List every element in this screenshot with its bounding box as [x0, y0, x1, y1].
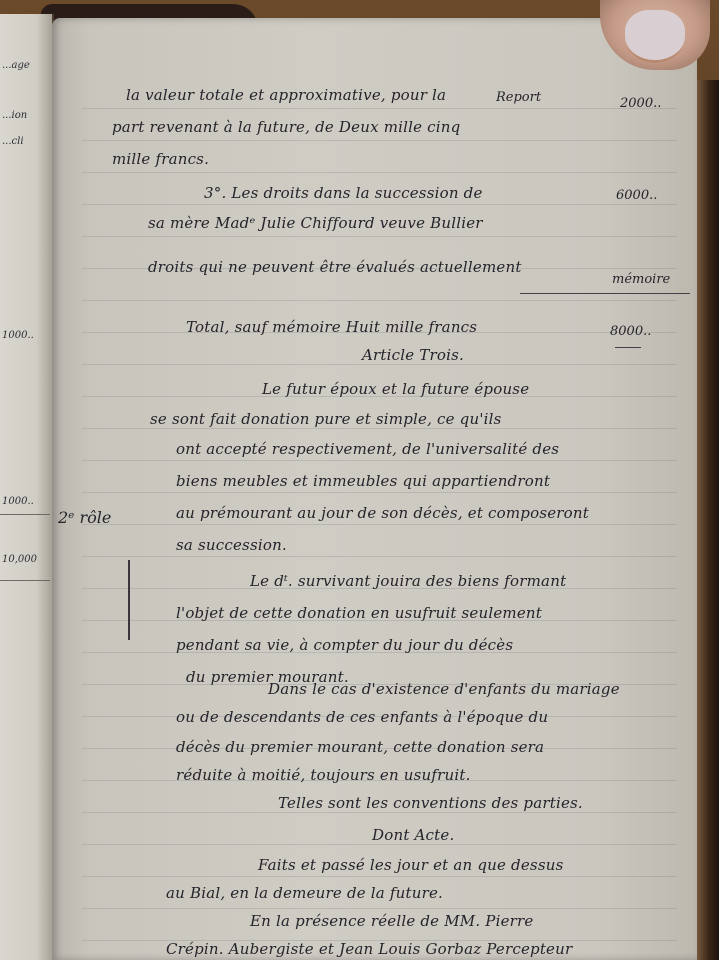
left-page-rule — [0, 580, 50, 581]
report-label: Report — [496, 90, 541, 105]
ruled-line — [82, 428, 677, 429]
ruled-line — [82, 556, 677, 557]
text-line: ont accepté respectivement, de l'univers… — [176, 440, 559, 458]
ruled-line — [82, 140, 677, 141]
left-page-fragment: ...age ...ion ...cli 1000.. 1000.. 10,00… — [0, 14, 54, 960]
ruled-line — [82, 300, 677, 301]
text-line: biens meubles et immeubles qui appartien… — [176, 472, 550, 490]
text-line: sa succession. — [176, 536, 287, 554]
ruled-line — [82, 524, 677, 525]
text-line: pendant sa vie, à compter du jour du déc… — [176, 636, 513, 654]
left-page-amount: 1000.. — [2, 330, 34, 341]
left-page-rule — [0, 514, 50, 515]
margin-note-second-roll: 2ᵉ rôle — [58, 508, 111, 527]
ruled-line — [82, 204, 677, 205]
amount-value: 6000.. — [616, 188, 657, 203]
text-line: Dans le cas d'existence d'enfants du mar… — [268, 680, 620, 698]
ruled-line — [82, 172, 677, 173]
thumb-nail — [625, 10, 685, 63]
text-line: Total, sauf mémoire Huit mille francs — [186, 318, 477, 336]
text-line: l'objet de cette donation en usufruit se… — [176, 604, 542, 622]
text-line: la valeur totale et approximative, pour … — [126, 86, 446, 104]
text-line: au Bial, en la demeure de la future. — [166, 884, 443, 902]
left-page-text: ...age — [2, 60, 30, 71]
margin-paraph — [128, 560, 130, 640]
total-rule — [520, 292, 690, 294]
text-line: se sont fait donation pure et simple, ce… — [150, 410, 502, 428]
ruled-line — [82, 460, 677, 461]
text-line: Le futur époux et la future épouse — [262, 380, 529, 398]
text-line: Crépin. Aubergiste et Jean Louis Gorbaz … — [166, 940, 572, 958]
text-line: décès du premier mourant, cette donation… — [176, 738, 544, 756]
ruled-line — [82, 812, 677, 813]
text-line: ou de descendants de ces enfants à l'épo… — [176, 708, 548, 726]
left-page-amount: 1000.. — [2, 496, 34, 507]
amount-total: 8000.. — [610, 324, 651, 339]
section-heading: Dont Acte. — [372, 826, 454, 844]
amount-value: 2000.. — [620, 96, 661, 111]
left-page-text: ...cli — [2, 136, 24, 147]
ruled-line — [82, 844, 677, 845]
text-line: part revenant à la future, de Deux mille… — [112, 118, 460, 136]
text-line: droits qui ne peuvent être évalués actue… — [148, 258, 522, 276]
ruled-line — [82, 236, 677, 237]
left-page-amount: 10,000 — [2, 554, 37, 565]
ruled-line — [82, 108, 677, 109]
text-line: En la présence réelle de MM. Pierre — [250, 912, 533, 930]
text-line: Le dᵗ. survivant jouira des biens forman… — [250, 572, 566, 590]
section-heading: Article Trois. — [362, 346, 464, 364]
ruled-line — [82, 364, 677, 365]
left-page-text: ...ion — [2, 110, 27, 121]
text-line: Faits et passé les jour et an que dessus — [258, 856, 564, 874]
amount-memoire: mémoire — [612, 272, 670, 287]
text-line: mille francs. — [112, 150, 209, 168]
ruled-line — [82, 876, 677, 877]
text-line: 3°. Les droits dans la succession de — [204, 184, 483, 202]
text-line: réduite à moitié, toujours en usufruit. — [176, 766, 471, 784]
ruled-line — [82, 492, 677, 493]
text-line: sa mère Madᵉ Julie Chiffourd veuve Bulli… — [148, 214, 483, 232]
text-line: au prémourant au jour de son décès, et c… — [176, 504, 589, 522]
total-underline — [615, 346, 641, 348]
text-line: Telles sont les conventions des parties. — [278, 794, 583, 812]
ruled-line — [82, 908, 677, 909]
